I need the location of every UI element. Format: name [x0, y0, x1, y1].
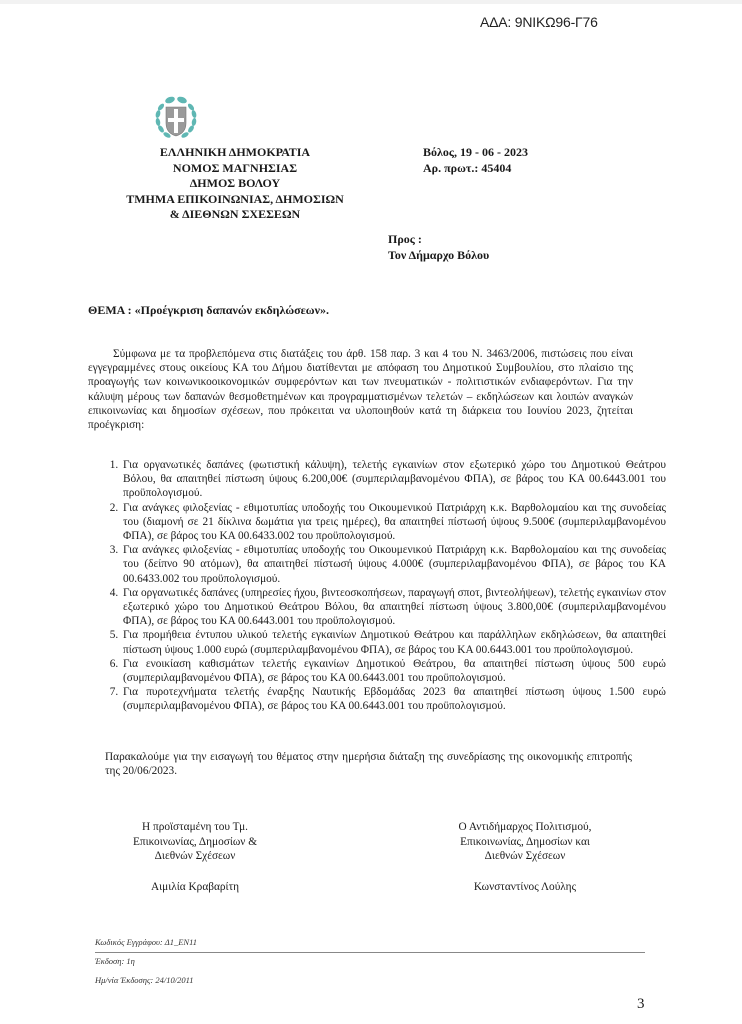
footer-divider [95, 952, 645, 953]
list-item: Για ανάγκες φιλοξενίας - εθιμοτυπίας υπο… [121, 501, 666, 544]
issuer-line: ΕΛΛΗΝΙΚΗ ΔΗΜΟΚΡΑΤΙΑ [95, 145, 375, 161]
issuer-line: & ΔΙΕΘΝΩΝ ΣΧΕΣΕΩΝ [95, 207, 375, 223]
subject-line: ΘΕΜΑ : «Προέγκριση δαπανών εκδηλώσεων». [88, 303, 329, 318]
protocol-number: Αρ. πρωτ.: 45404 [423, 161, 528, 177]
date-protocol-block: Βόλος, 19 - 06 - 2023 Αρ. πρωτ.: 45404 [423, 145, 528, 176]
signature-title-line: Επικοινωνίας, Δημοσίων & [95, 835, 295, 850]
issuer-line: ΝΟΜΟΣ ΜΑΓΝΗΣΙΑΣ [95, 161, 375, 177]
signature-title-line: Η προϊσταμένη του Τμ. [95, 820, 295, 835]
intro-paragraph: Σύμφωνα με τα προβλεπόμενα στις διατάξει… [88, 347, 633, 432]
signatory-name: Κωνσταντίνος Λούλης [425, 880, 625, 895]
signatory-name: Αιμιλία Κραβαρίτη [95, 880, 295, 895]
list-item: Για οργανωτικές δαπάνες (υπηρεσίες ήχου,… [121, 586, 666, 629]
list-item: Για προμήθεια έντυπου υλικού τελετής εγκ… [121, 628, 666, 656]
signature-title-line: Επικοινωνίας, Δημοσίων και [425, 835, 625, 850]
list-item: Για πυροτεχνήματα τελετής έναρξης Ναυτικ… [121, 685, 666, 713]
signature-left: Η προϊσταμένη του Τμ. Επικοινωνίας, Δημο… [95, 820, 295, 894]
signature-title-line: Διεθνών Σχέσεων [425, 849, 625, 864]
list-item: Για ανάγκες φιλοξενίας - εθιμοτυπίας υπο… [121, 543, 666, 586]
greek-coat-of-arms-icon [151, 93, 201, 143]
page-number: 3 [637, 996, 645, 1013]
footer-edition-date: Ημ/νία Έκδοσης: 24/10/2011 [95, 975, 193, 985]
viewer-top-bar [0, 0, 742, 4]
list-item: Για οργανωτικές δαπάνες (φωτιστική κάλυψ… [121, 458, 666, 501]
issuer-block: ΕΛΛΗΝΙΚΗ ΔΗΜΟΚΡΑΤΙΑ ΝΟΜΟΣ ΜΑΓΝΗΣΙΑΣ ΔΗΜΟ… [95, 145, 375, 223]
issuer-line: ΤΜΗΜΑ ΕΠΙΚΟΙΝΩΝΙΑΣ, ΔΗΜΟΣΙΩΝ [95, 192, 375, 208]
signature-right: Ο Αντιδήμαρχος Πολιτισμού, Επικοινωνίας,… [425, 820, 625, 894]
footer-doc-code: Κωδικός Εγγράφου: Δ1_ΕΝ11 [95, 937, 197, 947]
signature-title-line: Διεθνών Σχέσεων [95, 849, 295, 864]
ada-code: ΑΔΑ: 9ΝΙΚΩ96-Γ76 [480, 14, 598, 30]
to-label: Προς : [388, 232, 489, 248]
list-item: Για ενοικίαση καθισμάτων τελετής εγκαινί… [121, 657, 666, 685]
footer-edition: Έκδοση: 1η [95, 956, 135, 966]
place-date: Βόλος, 19 - 06 - 2023 [423, 145, 528, 161]
signature-title-line: Ο Αντιδήμαρχος Πολιτισμού, [425, 820, 625, 835]
recipient-block: Προς : Τον Δήμαρχο Βόλου [388, 232, 489, 263]
expense-list: Για οργανωτικές δαπάνες (φωτιστική κάλυψ… [88, 458, 666, 714]
issuer-line: ΔΗΜΟΣ ΒΟΛΟΥ [95, 176, 375, 192]
closing-paragraph: Παρακαλούμε για την εισαγωγή του θέματος… [105, 750, 632, 778]
to-recipient: Τον Δήμαρχο Βόλου [388, 248, 489, 264]
